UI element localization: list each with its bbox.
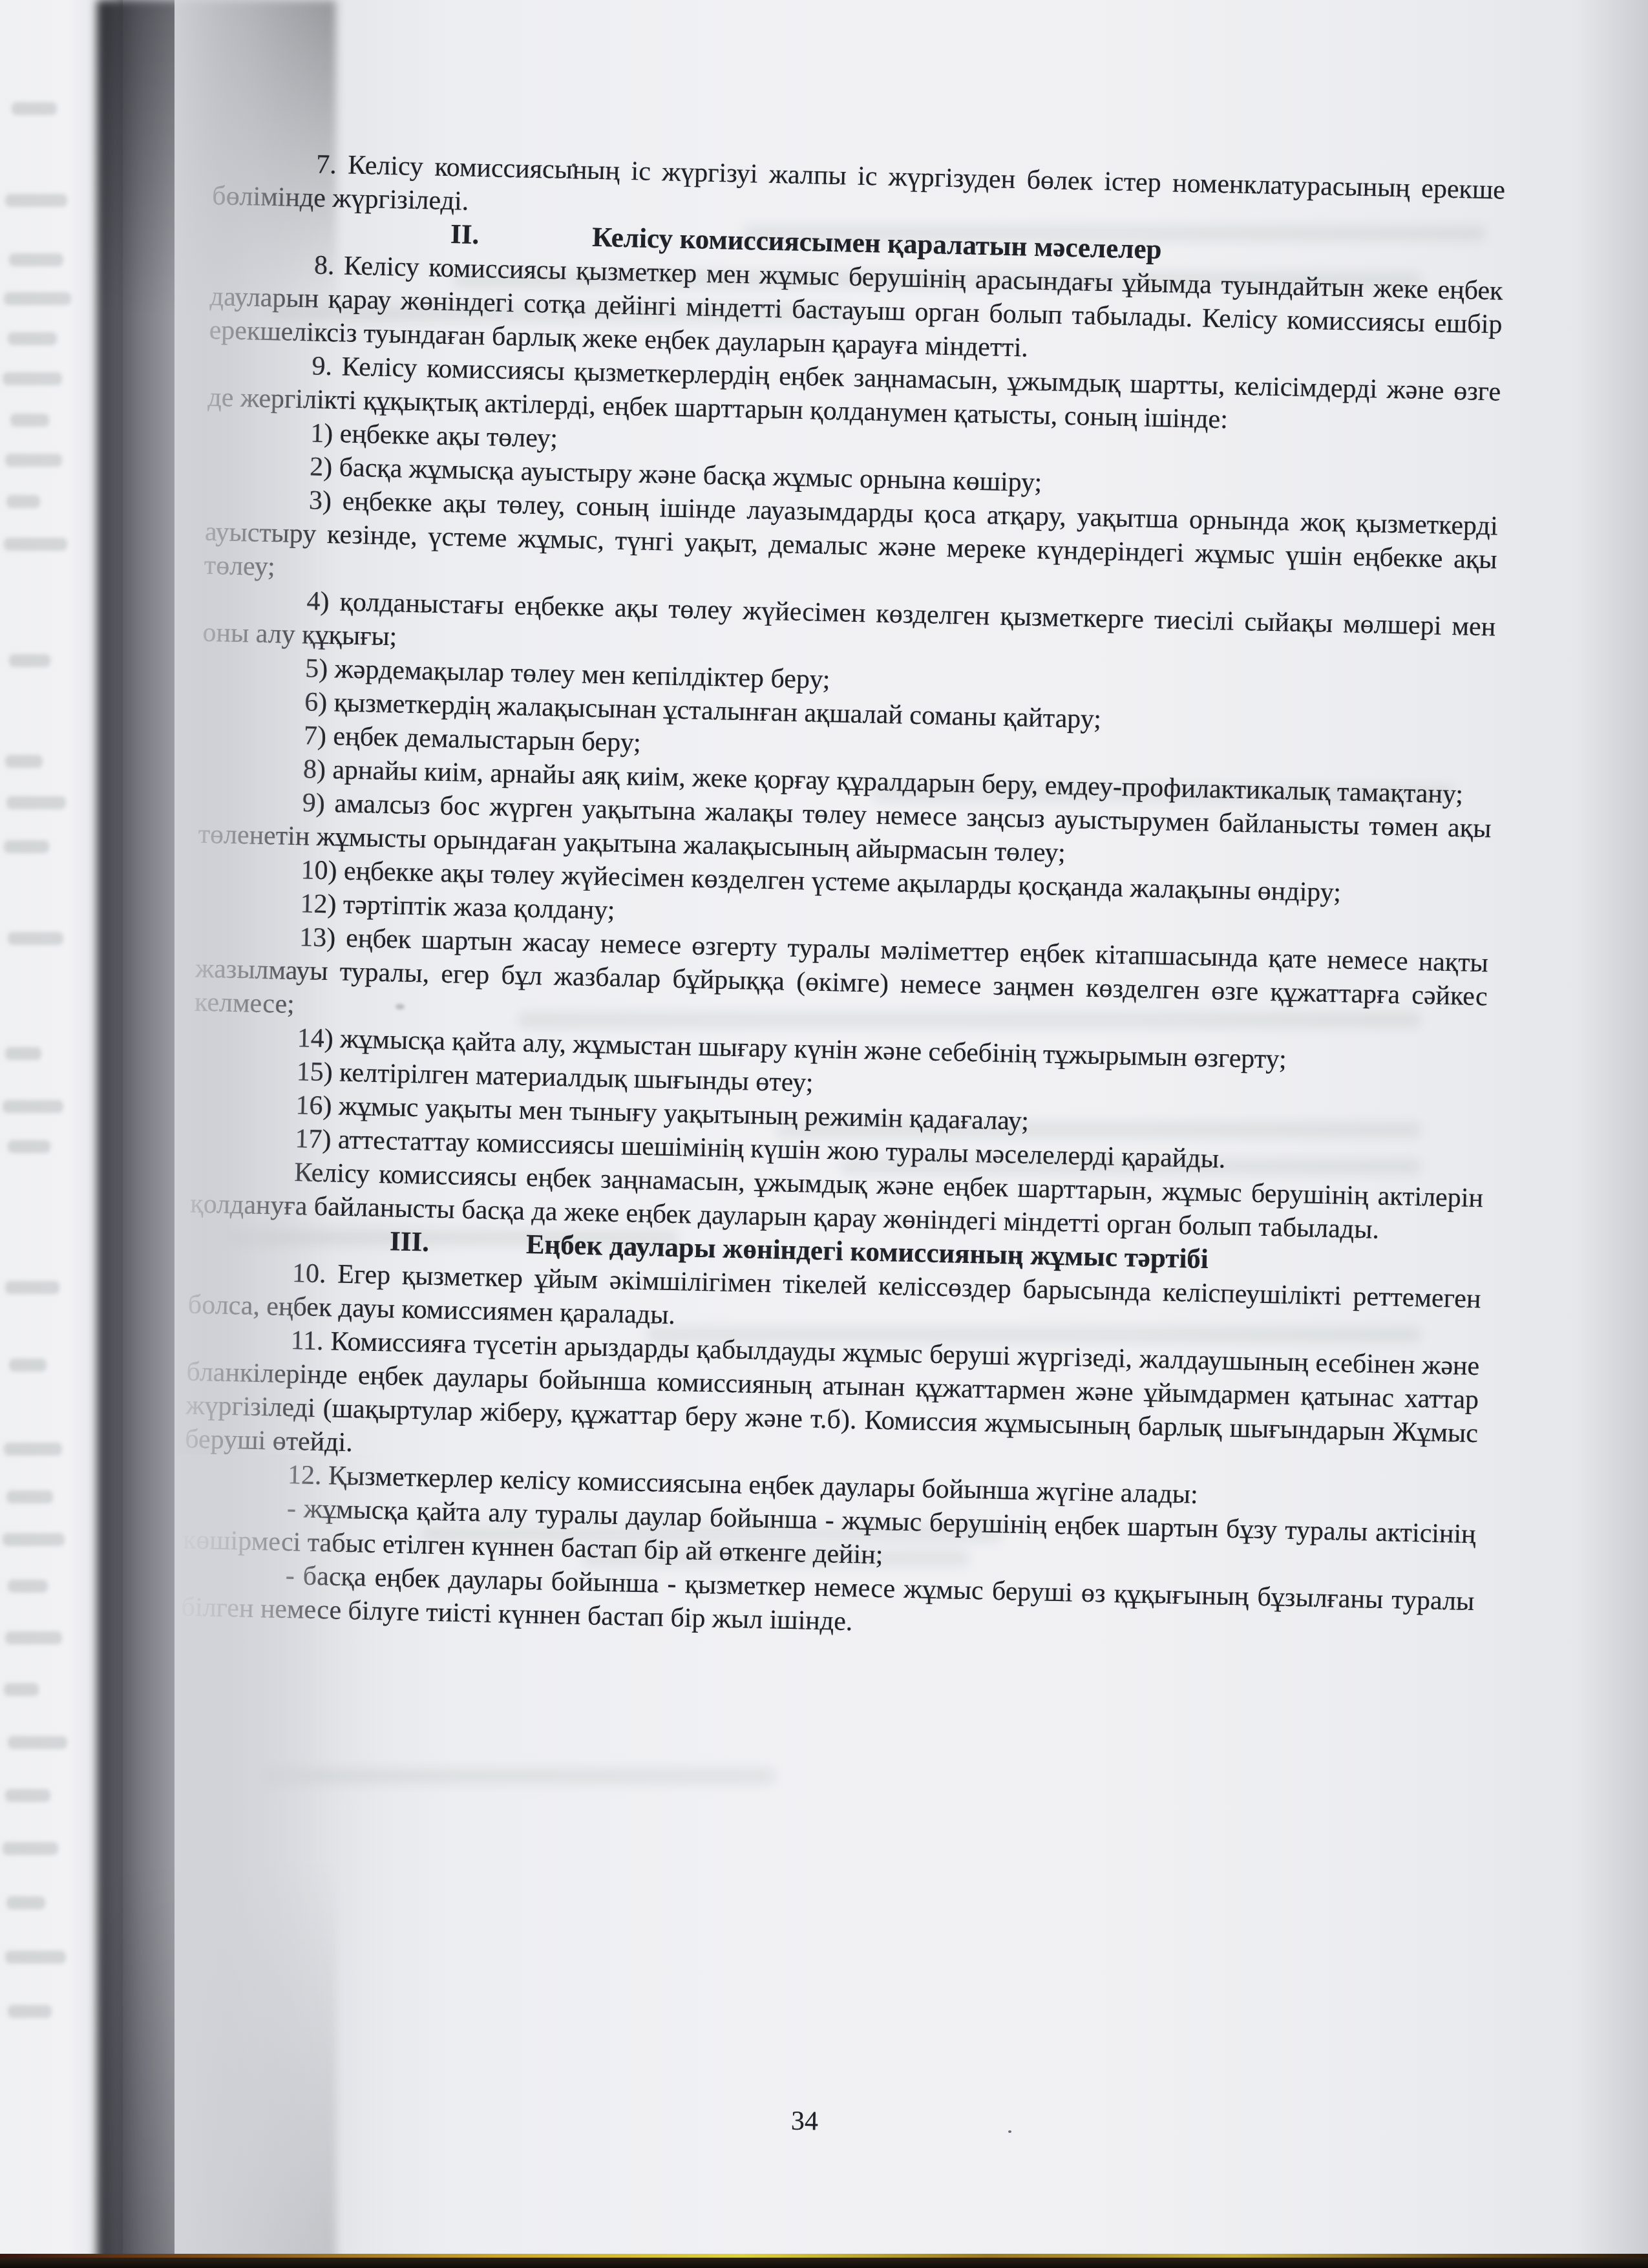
right-page-curl-shadow <box>1577 0 1648 2268</box>
bleed-through-fragment <box>4 1443 62 1456</box>
bleed-through-fragment <box>5 1047 41 1060</box>
bleed-through-fragment <box>3 372 62 385</box>
bleed-through-fragment <box>8 1580 48 1593</box>
bleed-through-fragment <box>12 102 57 115</box>
bleed-through-fragment <box>5 1789 50 1802</box>
bleed-through-fragment <box>8 1736 67 1749</box>
bleed-through-fragment <box>3 1842 58 1855</box>
bleed-through-fragment <box>8 332 57 345</box>
bleed-through-fragment <box>8 932 63 945</box>
bleed-through-fragment <box>8 1140 50 1153</box>
scanned-book-page: 7. Келісу комиссиясының іс жүргізуі жалп… <box>0 0 1648 2268</box>
page-number: 34 <box>763 2105 847 2137</box>
section-2-numeral: II. <box>450 218 480 252</box>
bleed-through-fragment <box>9 253 63 266</box>
bleed-through-fragment <box>6 1490 53 1503</box>
bleed-through-fragment <box>8 2005 52 2018</box>
ghost-text-line <box>259 1768 776 1785</box>
bleed-through-fragment <box>3 1100 63 1113</box>
bleed-through-fragment <box>6 495 40 508</box>
scan-speck <box>1008 2130 1011 2133</box>
bleed-through-fragment <box>5 1631 62 1644</box>
scan-speck <box>572 164 576 167</box>
bleed-through-fragment <box>4 840 49 853</box>
bleed-through-fragment <box>6 796 66 809</box>
bleed-through-fragment <box>5 1951 66 1964</box>
bleed-through-fragment <box>5 454 62 467</box>
scan-bottom-edge <box>0 2258 1648 2268</box>
bleed-through-fragment <box>9 654 50 667</box>
bleed-through-fragment <box>5 194 67 207</box>
bleed-through-fragment <box>4 538 67 551</box>
bleed-through-fragment <box>4 292 71 305</box>
section-3-numeral: III. <box>389 1225 429 1259</box>
bleed-through-fragment <box>4 1683 39 1696</box>
bleed-through-fragment <box>10 414 49 427</box>
page-text-block: 7. Келісу комиссиясының іс жүргізуі жалп… <box>181 145 1505 1652</box>
scan-speck <box>396 1004 405 1010</box>
bleed-through-fragment <box>9 1359 47 1372</box>
bleed-through-fragment <box>5 755 43 768</box>
bleed-through-fragment <box>5 1281 59 1294</box>
bleed-through-fragment <box>6 1896 45 1909</box>
bleed-through-fragment <box>3 1533 65 1546</box>
